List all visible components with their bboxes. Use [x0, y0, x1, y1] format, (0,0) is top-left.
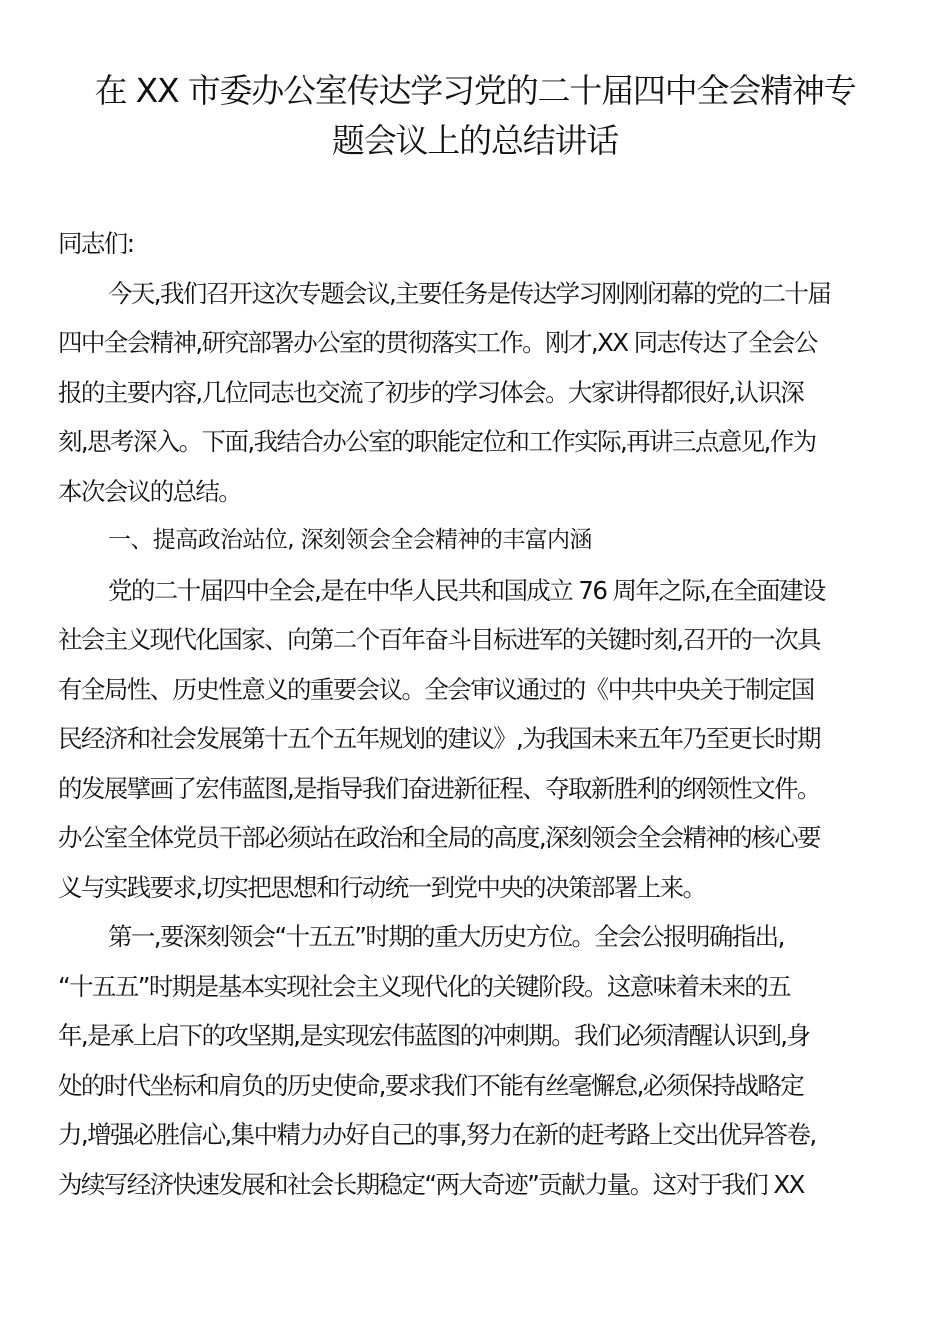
paragraph-line: 的发展擘画了宏伟蓝图,是指导我们奋进新征程、夺取新胜利的纲领性文件。: [58, 764, 898, 814]
paragraph-line: 社会主义现代化国家、向第二个百年奋斗目标进军的关键时刻,召开的一次具: [58, 615, 898, 665]
paragraph-line: 有全局性、历史性意义的重要会议。全会审议通过的《中共中央关于制定国: [58, 665, 898, 715]
salutation: 同志们:: [58, 219, 898, 269]
paragraph-line: 第一,要深刻领会“十五五”时期的重大历史方位。全会公报明确指出,: [58, 912, 898, 962]
paragraph-line: 年,是承上启下的攻坚期,是实现宏伟蓝图的冲刺期。我们必须清醒认识到,身: [58, 1011, 898, 1061]
title-line-2: 题会议上的总结讲话: [40, 116, 910, 166]
paragraph-line: 民经济和社会发展第十五个五年规划的建议》,为我国未来五年乃至更长时期: [58, 714, 898, 764]
document-title: 在 XX 市委办公室传达学习党的二十届四中全会精神专 题会议上的总结讲话: [40, 66, 910, 166]
section-heading-1: 一、提高政治站位, 深刻领会全会精神的丰富内涵: [58, 516, 898, 566]
paragraph-line: “十五五”时期是基本实现社会主义现代化的关键阶段。这意味着未来的五: [58, 962, 898, 1012]
paragraph-line: 处的时代坐标和肩负的历史使命,要求我们不能有丝毫懈怠,必须保持战略定: [58, 1061, 898, 1111]
title-line-1: 在 XX 市委办公室传达学习党的二十届四中全会精神专: [40, 66, 910, 116]
paragraph-line: 本次会议的总结。: [58, 467, 898, 517]
paragraph-first-point: 第一,要深刻领会“十五五”时期的重大历史方位。全会公报明确指出, “十五五”时期…: [58, 912, 898, 1209]
section-heading-text: 一、提高政治站位, 深刻领会全会精神的丰富内涵: [58, 516, 898, 566]
paragraph-line: 党的二十届四中全会,是在中华人民共和国成立 76 周年之际,在全面建设: [58, 566, 898, 616]
paragraph-line: 为续写经济快速发展和社会长期稳定“两大奇迹”贡献力量。这对于我们 XX: [58, 1160, 898, 1210]
document-body: 同志们: 今天,我们召开这次专题会议,主要任务是传达学习刚刚闭幕的党的二十届 四…: [58, 219, 898, 1209]
paragraph-line: 办公室全体党员干部必须站在政治和全局的高度,深刻领会全会精神的核心要: [58, 813, 898, 863]
paragraph-line: 力,增强必胜信心,集中精力办好自己的事,努力在新的赶考路上交出优异答卷,: [58, 1110, 898, 1160]
paragraph-line: 四中全会精神,研究部署办公室的贯彻落实工作。刚才,XX 同志传达了全会公: [58, 318, 898, 368]
paragraph-line: 刻,思考深入。下面,我结合办公室的职能定位和工作实际,再讲三点意见,作为: [58, 417, 898, 467]
paragraph-plenum-significance: 党的二十届四中全会,是在中华人民共和国成立 76 周年之际,在全面建设 社会主义…: [58, 566, 898, 913]
paragraph-line: 义与实践要求,切实把思想和行动统一到党中央的决策部署上来。: [58, 863, 898, 913]
paragraph-line: 报的主要内容,几位同志也交流了初步的学习体会。大家讲得都很好,认识深: [58, 368, 898, 418]
document-page: 在 XX 市委办公室传达学习党的二十届四中全会精神专 题会议上的总结讲话 同志们…: [0, 0, 950, 1344]
paragraph-opening: 今天,我们召开这次专题会议,主要任务是传达学习刚刚闭幕的党的二十届 四中全会精神…: [58, 269, 898, 517]
paragraph-line: 今天,我们召开这次专题会议,主要任务是传达学习刚刚闭幕的党的二十届: [58, 269, 898, 319]
